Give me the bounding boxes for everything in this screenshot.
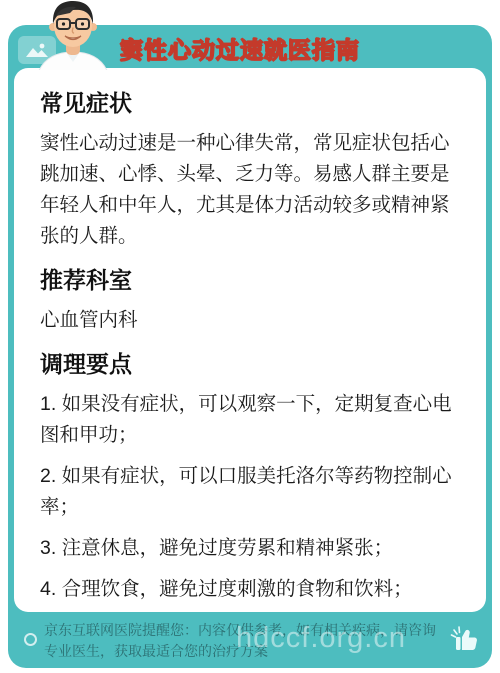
care-item-3: 3. 注意休息，避免过度劳累和精神紧张； bbox=[40, 533, 460, 564]
content-panel: 常见症状 窦性心动过速是一种心律失常，常见症状包括心跳加速、心悸、头晕、乏力等。… bbox=[14, 68, 486, 612]
symptoms-text: 窦性心动过速是一种心律失常，常见症状包括心跳加速、心悸、头晕、乏力等。易感人群主… bbox=[40, 128, 460, 252]
guide-card: 窦性心动过速就医指南 常见症状 窦性心动过速是一种心律失常，常见症状包括心跳加速… bbox=[8, 25, 492, 668]
section-heading-care: 调理要点 bbox=[40, 346, 460, 379]
care-item-1: 1. 如果没有症状，可以观察一下，定期复查心电图和甲功； bbox=[40, 389, 460, 451]
page-title: 窦性心动过速就医指南 bbox=[120, 32, 360, 65]
care-item-4: 4. 合理饮食，避免过度刺激的食物和饮料； bbox=[40, 574, 460, 605]
section-heading-symptoms: 常见症状 bbox=[40, 85, 460, 118]
department-text: 心血管内科 bbox=[40, 305, 460, 336]
card-footer: 京东互联网医院提醒您：内容仅供参考，如有相关疾病，请咨询专业医生，获取最适合您的… bbox=[8, 612, 492, 668]
doctor-avatar bbox=[26, 0, 120, 70]
info-circle-icon bbox=[24, 633, 37, 646]
care-item-2: 2. 如果有症状，可以口服美托洛尔等药物控制心率； bbox=[40, 461, 460, 523]
thumbs-up-icon[interactable] bbox=[450, 624, 480, 654]
section-heading-department: 推荐科室 bbox=[40, 262, 460, 295]
disclaimer-text: 京东互联网医院提醒您：内容仅供参考，如有相关疾病，请咨询专业医生，获取最适合您的… bbox=[44, 620, 446, 662]
guide-page: 窦性心动过速就医指南 常见症状 窦性心动过速是一种心律失常，常见症状包括心跳加速… bbox=[0, 0, 500, 673]
